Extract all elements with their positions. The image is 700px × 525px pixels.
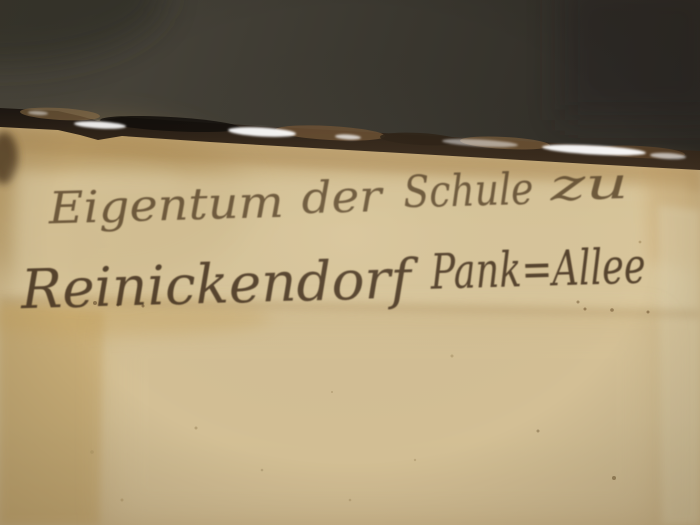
book-photo-canvas: Eigentum der Schule zu Reinickendorf Pan…: [0, 0, 700, 525]
photo-vignette: [0, 0, 700, 525]
book-photo: Eigentum der Schule zu Reinickendorf Pan…: [0, 0, 700, 525]
